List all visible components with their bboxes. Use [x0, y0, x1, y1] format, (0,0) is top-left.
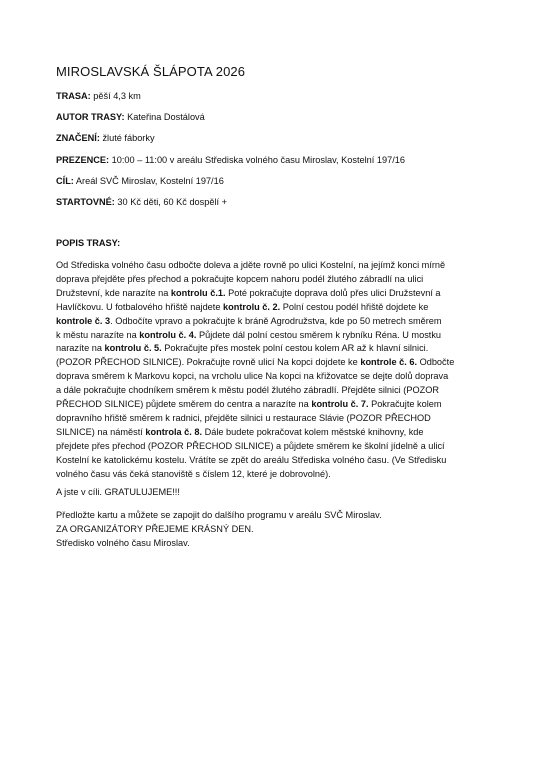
route-line: Družstevní, kde narazíte na kontrolu č.1… [56, 287, 454, 301]
info-value: 30 Kč děti, 60 Kč dospělí + [115, 197, 227, 207]
info-value: Areál SVČ Miroslav, Kostelní 197/16 [74, 176, 224, 186]
finish-text: A jste v cíli. GRATULUJEME!!! [56, 486, 180, 500]
route-text: dopravního hřiště směrem k radnici, přej… [56, 413, 431, 423]
info-prezence: PREZENCE: 10:00 – 11:00 v areálu Středis… [56, 155, 405, 165]
route-line: SILNICE) na náměstí kontrola č. 8. Dále … [56, 426, 454, 440]
route-text: Dále budete pokračovat kolem městské kni… [202, 427, 423, 437]
info-cil: CÍL: Areál SVČ Miroslav, Kostelní 197/16 [56, 176, 224, 186]
info-value: 10:00 – 11:00 v areálu Střediska volného… [109, 155, 405, 165]
closing-line: Středisko volného času Miroslav. [56, 536, 382, 550]
info-label: CÍL: [56, 176, 74, 186]
checkpoint-mention: kontrolu č. 7. [311, 399, 368, 409]
route-text: SILNICE) na náměstí [56, 427, 145, 437]
route-text: (POZOR PŘECHOD SILNICE). Pokračujte rovn… [56, 357, 360, 367]
route-text: Poté pokračujte doprava dolů přes ulici … [226, 288, 441, 298]
info-startovne: STARTOVNÉ: 30 Kč děti, 60 Kč dospělí + [56, 197, 227, 207]
info-value: Kateřina Dostálová [125, 112, 205, 122]
info-label: ZNAČENÍ: [56, 133, 100, 143]
route-line: PŘECHOD SILNICE) půjdete směrem do centr… [56, 398, 454, 412]
route-line: doprava směrem k Markovu kopci, na vrcho… [56, 370, 454, 384]
checkpoint-mention: kontrolu č. 5. [105, 343, 162, 353]
route-text: doprava přejděte přes přechod a pokračuj… [56, 274, 423, 284]
closing-text: Předložte kartu a můžete se zapojit do d… [56, 508, 382, 550]
route-text: PŘECHOD SILNICE) půjdete směrem do centr… [56, 399, 311, 409]
closing-line: ZA ORGANIZÁTORY PŘEJEME KRÁSNÝ DEN. [56, 522, 382, 536]
checkpoint-mention: kontrole č. 3 [56, 316, 110, 326]
route-text: Kostelní ke katolickému kostelu. Vrátíte… [56, 455, 446, 465]
info-label: TRASA: [56, 91, 91, 101]
closing-line: Předložte kartu a můžete se zapojit do d… [56, 508, 382, 522]
info-value: pěší 4,3 km [91, 91, 141, 101]
route-line: Havlíčkovu. U fotbalového hřiště najdete… [56, 301, 454, 315]
route-text: Havlíčkovu. U fotbalového hřiště najdete [56, 302, 223, 312]
route-text: Půjdete dál polní cestou směrem k rybník… [196, 330, 441, 340]
route-text: doprava směrem k Markovu kopci, na vrcho… [56, 371, 448, 381]
info-label: STARTOVNÉ: [56, 197, 115, 207]
route-text: přejdete přes přechod (POZOR PŘECHOD SIL… [56, 441, 445, 451]
route-line: narazíte na kontrolu č. 5. Pokračujte př… [56, 342, 454, 356]
checkpoint-mention: kontrolu č. 4. [139, 330, 196, 340]
document-title: MIROSLAVSKÁ ŠLÁPOTA 2026 [56, 64, 245, 79]
route-line: doprava přejděte přes přechod a pokračuj… [56, 273, 454, 287]
route-text: narazíte na [56, 343, 105, 353]
info-trasa: TRASA: pěší 4,3 km [56, 91, 141, 101]
route-text: a dále pokračujte chodníkem směrem k měs… [56, 385, 439, 395]
checkpoint-mention: kontrolu č.1. [171, 288, 226, 298]
info-value: žluté fáborky [100, 133, 155, 143]
route-text: Polní cestou podél hřiště dojdete ke [280, 302, 428, 312]
route-line: kontrole č. 3. Odbočíte vpravo a pokraču… [56, 315, 454, 329]
route-text: volného času vás čeká stanoviště s čísle… [56, 469, 331, 479]
route-heading: POPIS TRASY: [56, 238, 120, 248]
checkpoint-mention: kontrolu č. 2. [223, 302, 280, 312]
route-text: Odbočte [417, 357, 454, 367]
route-text: Pokračujte přes mostek polní cestou kole… [162, 343, 429, 353]
route-line: přejdete přes přechod (POZOR PŘECHOD SIL… [56, 440, 454, 454]
checkpoint-mention: kontrola č. 8. [145, 427, 202, 437]
route-line: Od Střediska volného času odbočte doleva… [56, 259, 454, 273]
route-description: Od Střediska volného času odbočte doleva… [56, 259, 454, 482]
info-label: PREZENCE: [56, 155, 109, 165]
route-line: a dále pokračujte chodníkem směrem k měs… [56, 384, 454, 398]
route-text: Družstevní, kde narazíte na [56, 288, 171, 298]
route-line: dopravního hřiště směrem k radnici, přej… [56, 412, 454, 426]
route-text: k městu narazíte na [56, 330, 139, 340]
route-line: k městu narazíte na kontrolu č. 4. Půjde… [56, 329, 454, 343]
route-text: . Odbočíte vpravo a pokračujte k bráně A… [110, 316, 441, 326]
route-text: Pokračujte kolem [369, 399, 442, 409]
info-label: AUTOR TRASY: [56, 112, 125, 122]
checkpoint-mention: kontrole č. 6. [360, 357, 417, 367]
info-znaceni: ZNAČENÍ: žluté fáborky [56, 133, 155, 143]
route-line: (POZOR PŘECHOD SILNICE). Pokračujte rovn… [56, 356, 454, 370]
route-line: Kostelní ke katolickému kostelu. Vrátíte… [56, 454, 454, 468]
route-line: volného času vás čeká stanoviště s čísle… [56, 468, 454, 482]
info-autor: AUTOR TRASY: Kateřina Dostálová [56, 112, 205, 122]
route-text: Od Střediska volného času odbočte doleva… [56, 260, 445, 270]
finish-line: A jste v cíli. GRATULUJEME!!! [56, 486, 180, 500]
